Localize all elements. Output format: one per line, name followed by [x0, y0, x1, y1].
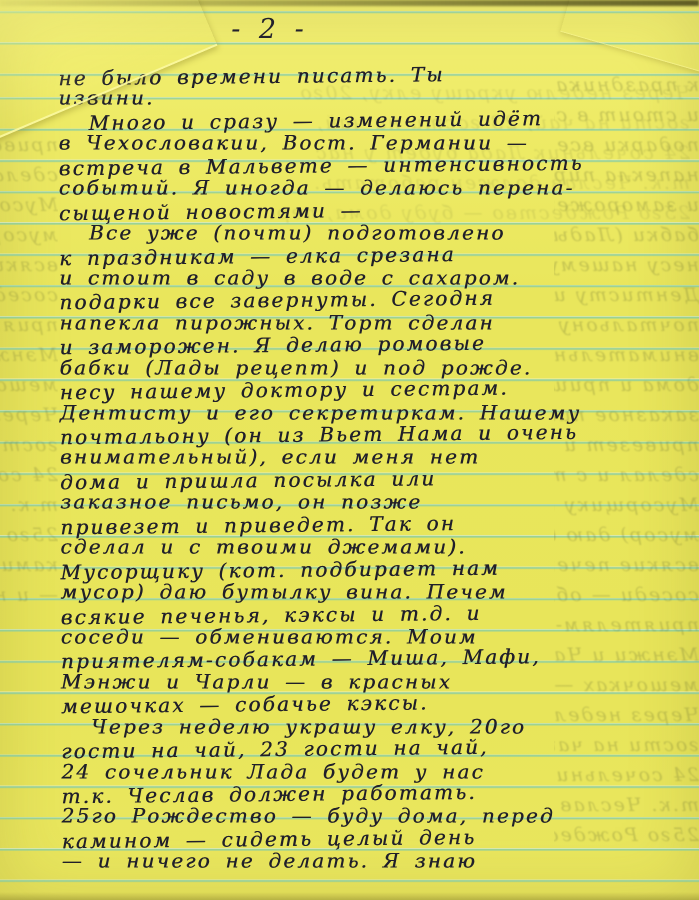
handwritten-line: мусор) даю бутылку вина. Печем: [61, 581, 686, 603]
handwritten-line: несу нашему доктору и сестрам.: [60, 375, 685, 404]
letter-body: не было времени писать. Ты извини. Много…: [58, 63, 687, 873]
scan-shadow-bottom-edge: [0, 892, 699, 900]
scan-shadow-top-edge: [0, 0, 699, 6]
scanned-letter-page: к праздникам — елка срезана и стоит в са…: [0, 0, 699, 900]
handwritten-line: Все уже (почти) подготовлено: [59, 222, 684, 244]
handwritten-line: — и ничего не делать. Я знаю: [62, 850, 687, 872]
handwritten-line: гости на чай, 23 гости на чай,: [61, 734, 686, 763]
